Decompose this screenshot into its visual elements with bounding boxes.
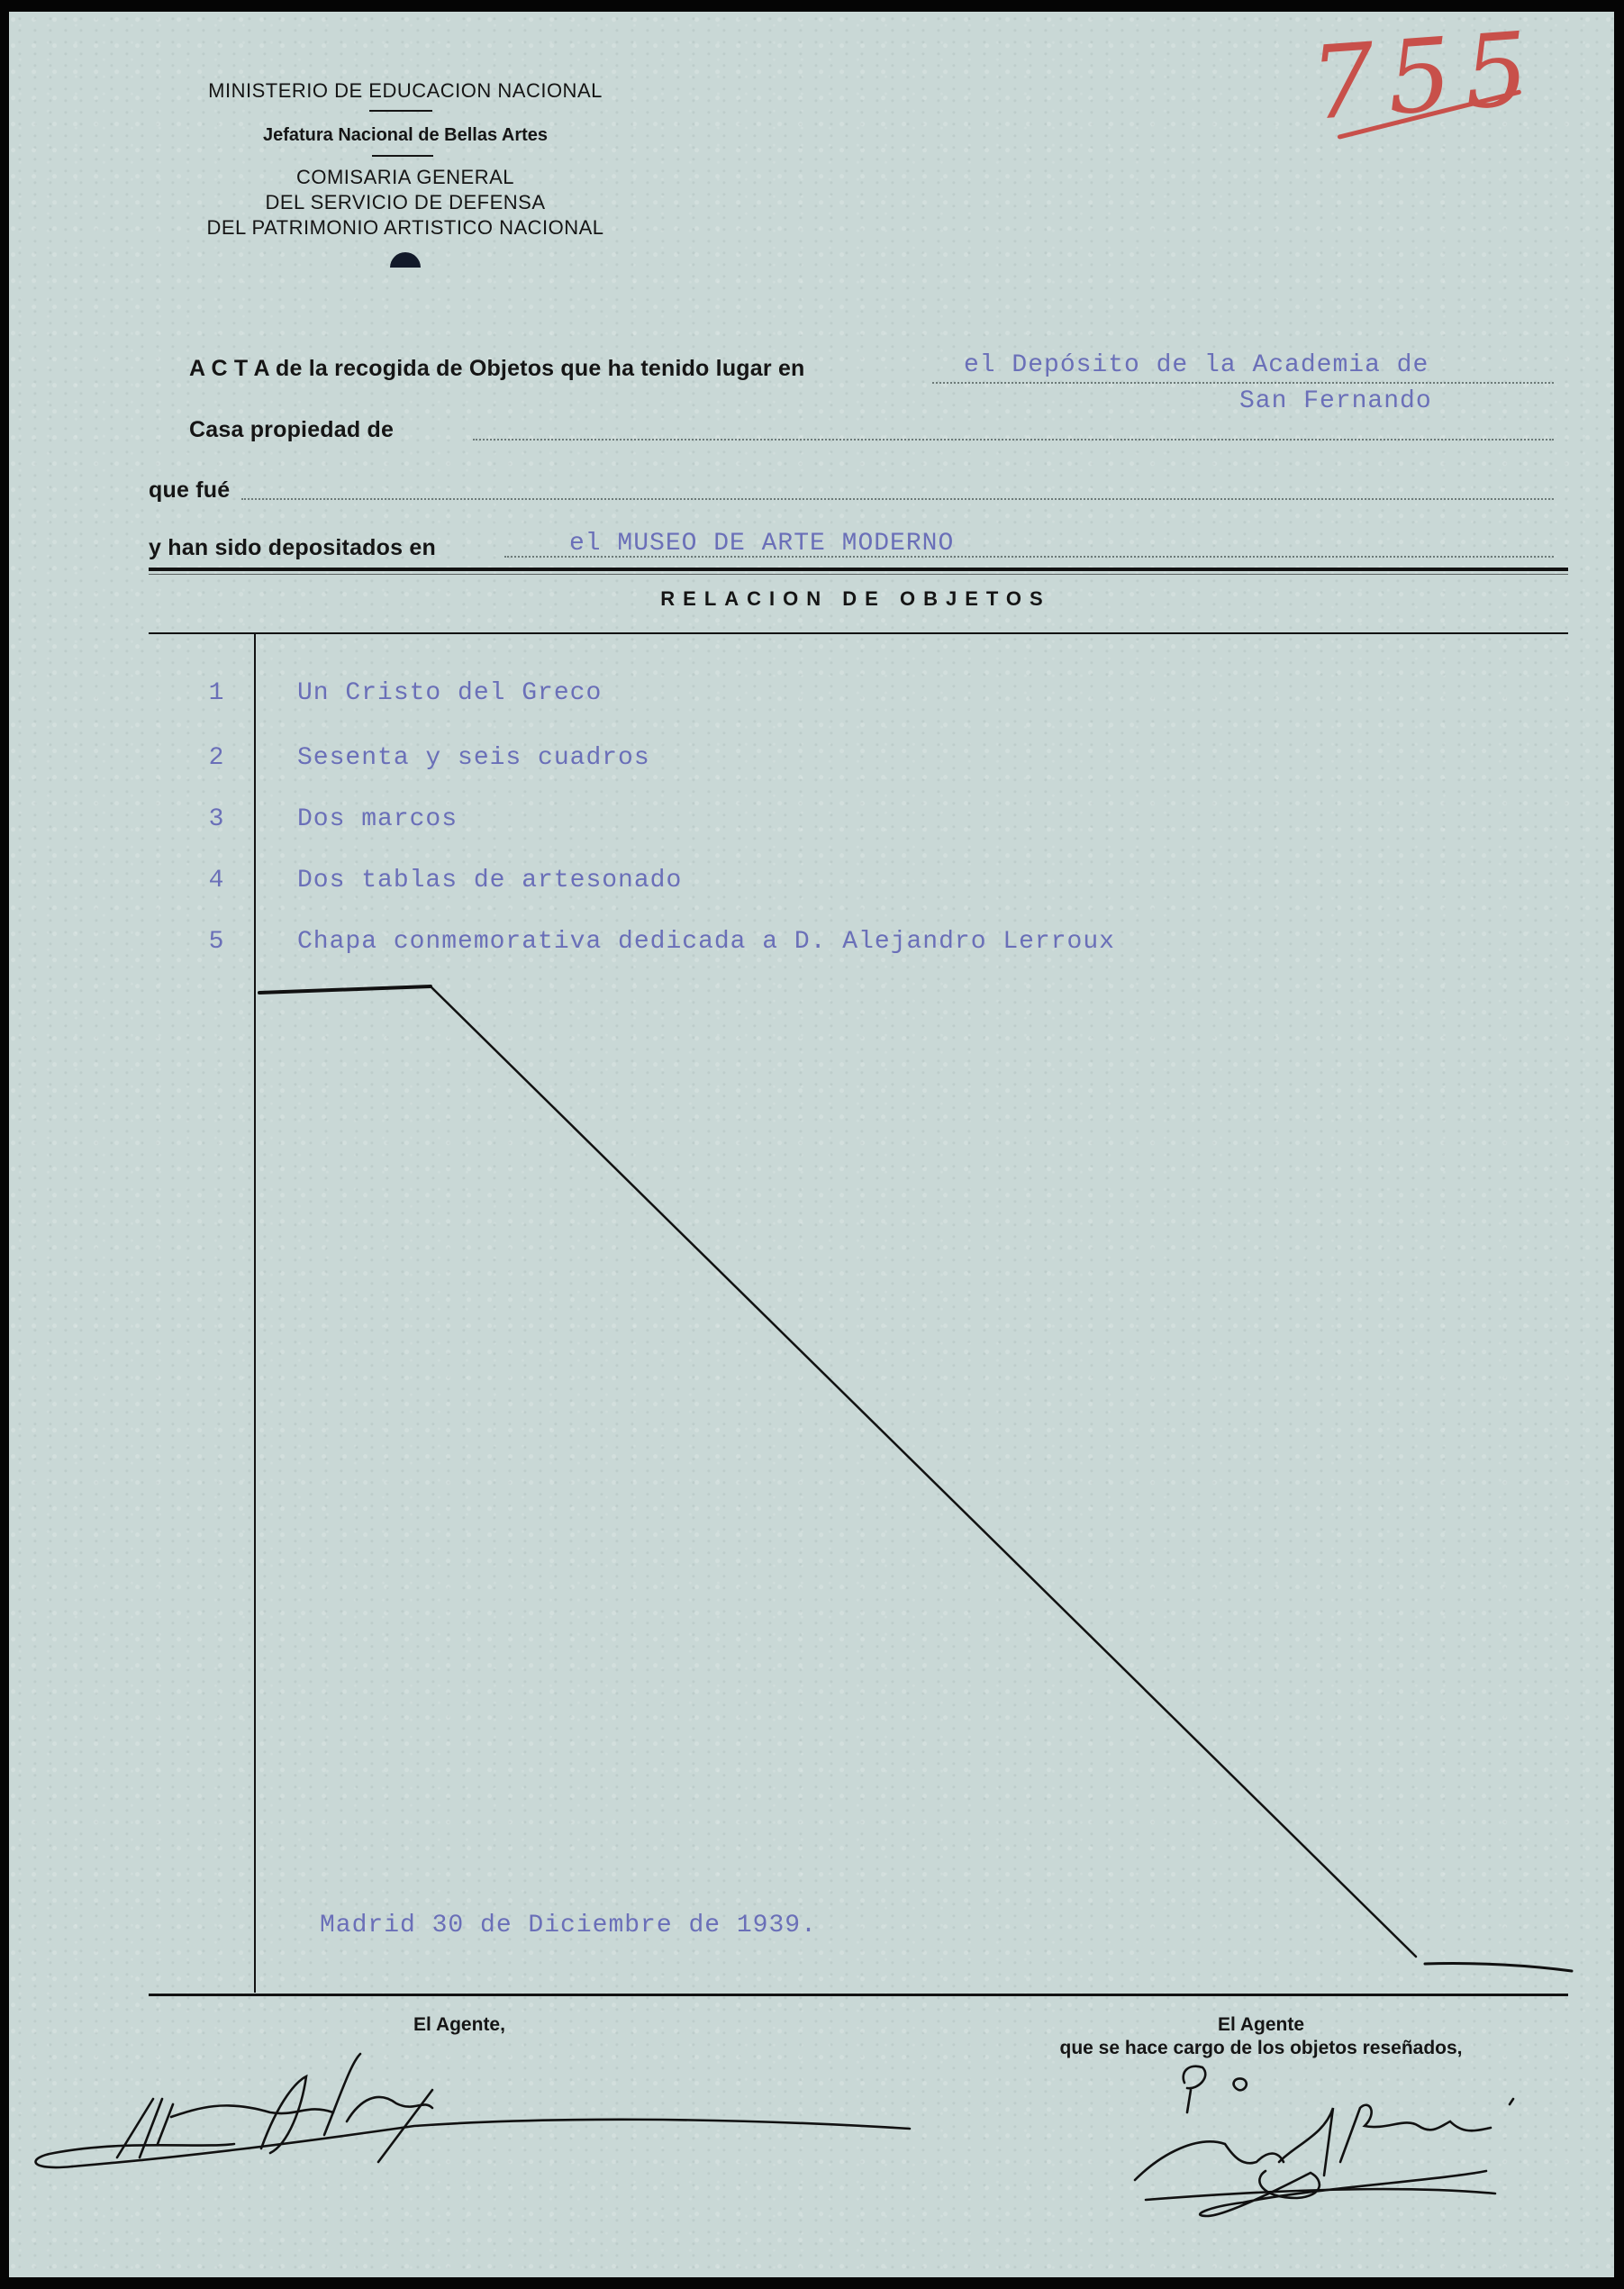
- right-signature-icon: [1135, 2066, 1513, 2216]
- right-agent-sublabel: que se hace cargo de los objetos reseñad…: [982, 2038, 1540, 2059]
- signature-section-rule: [149, 1994, 1568, 1996]
- left-signature-icon: [36, 2054, 910, 2167]
- left-agent-label: El Agente,: [342, 2014, 576, 2036]
- handwritten-marks: [0, 0, 1624, 2289]
- cancel-line-icon: [259, 986, 1572, 1971]
- date-line: Madrid 30 de Diciembre de 1939.: [320, 1912, 817, 1939]
- right-agent-label: El Agente: [982, 2014, 1540, 2036]
